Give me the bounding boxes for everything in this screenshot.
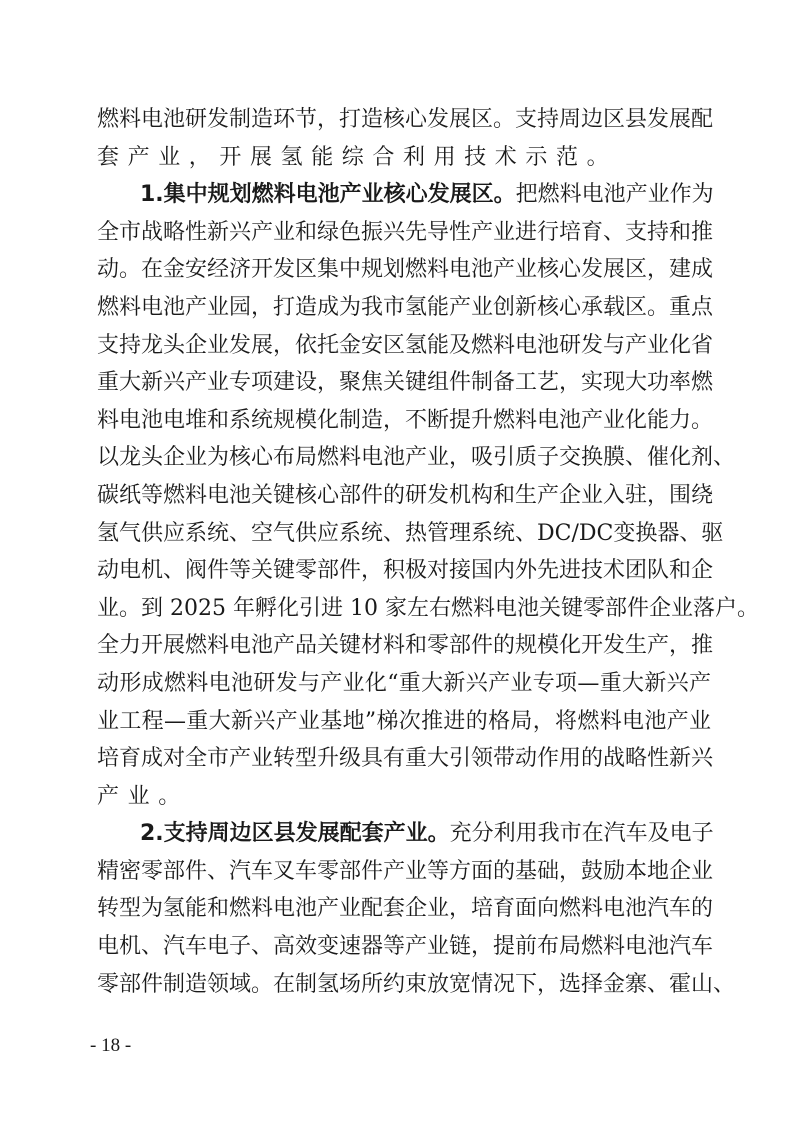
section-heading-1: 1.集中规划燃料电池产业核心发展区。 xyxy=(140,182,516,207)
line-text: 料电池电堆和系统规模化制造，不断提升燃料电池产业化能力。 xyxy=(97,408,713,433)
document-page: 燃料电池研发制造环节，打造核心发展区。支持周边区县发展配 套产业，开展氢能综合利… xyxy=(97,101,711,1003)
text-line: 动形成燃料电池研发与产业化“重大新兴产业专项—重大新兴产 xyxy=(97,665,711,703)
line-text: 培育成对全市产业转型升级具有重大引领带动作用的战略性新兴 xyxy=(97,746,713,771)
text-line: 支持龙头企业发展，依托金安区氢能及燃料电池研发与产业化省 xyxy=(97,327,711,365)
line-text: 动。在金安经济开发区集中规划燃料电池产业核心发展区，建成 xyxy=(97,257,713,282)
section-heading-line: 2.支持周边区县发展配套产业。充分利用我市在汽车及电子 xyxy=(97,815,711,853)
line-text: 支持龙头企业发展，依托金安区氢能及燃料电池研发与产业化省 xyxy=(97,333,713,358)
line-text: 燃料电池产业园，打造成为我市氢能产业创新核心承载区。重点 xyxy=(97,295,713,320)
line-text: 全力开展燃料电池产品关键材料和零部件的规模化开发生产，推 xyxy=(97,633,713,658)
line-text: 业工程—重大新兴产业基地”梯次推进的格局，将燃料电池产业 xyxy=(97,709,711,734)
line-text: 套产业，开展氢能综合利用技术示范。 xyxy=(97,145,617,170)
line-text: 转型为氢能和燃料电池产业配套企业，培育面向燃料电池汽车的 xyxy=(97,896,713,921)
line-text: 燃料电池研发制造环节，打造核心发展区。支持周边区县发展配 xyxy=(97,107,713,132)
line-text: 以龙头企业为核心布局燃料电池产业，吸引质子交换膜、催化剂、 xyxy=(97,445,735,470)
text-line: 氢气供应系统、空气供应系统、热管理系统、DC/DC变换器、驱 xyxy=(97,515,711,553)
line-text: 动形成燃料电池研发与产业化“重大新兴产业专项—重大新兴产 xyxy=(97,671,711,696)
text-line: 转型为氢能和燃料电池产业配套企业，培育面向燃料电池汽车的 xyxy=(97,890,711,928)
line-text: 零部件制造领域。在制氢场所约束放宽情况下，选择金寨、霍山、 xyxy=(97,972,735,997)
text-line: 电机、汽车电子、高效变速器等产业链，提前布局燃料电池汽车 xyxy=(97,928,711,966)
text-line: 重大新兴产业专项建设，聚焦关键组件制备工艺，实现大功率燃 xyxy=(97,364,711,402)
text-line: 动。在金安经济开发区集中规划燃料电池产业核心发展区，建成 xyxy=(97,251,711,289)
line-text: 业。到 2025 年孵化引进 10 家左右燃料电池关键零部件企业落户。 xyxy=(97,596,759,621)
text-line: 碳纸等燃料电池关键核心部件的研发机构和生产企业入驻，围绕 xyxy=(97,477,711,515)
text-line: 全力开展燃料电池产品关键材料和零部件的规模化开发生产，推 xyxy=(97,627,711,665)
line-text: 充分利用我市在汽车及电子 xyxy=(450,821,714,846)
line-text: 产业。 xyxy=(97,784,189,809)
text-line: 培育成对全市产业转型升级具有重大引领带动作用的战略性新兴 xyxy=(97,740,711,778)
text-line: 零部件制造领域。在制氢场所约束放宽情况下，选择金寨、霍山、 xyxy=(97,966,711,1004)
section-heading-2: 2.支持周边区县发展配套产业。 xyxy=(140,821,450,846)
line-text: 氢气供应系统、空气供应系统、热管理系统、DC/DC变换器、驱 xyxy=(97,521,723,546)
text-line: 业。到 2025 年孵化引进 10 家左右燃料电池关键零部件企业落户。 xyxy=(97,590,711,628)
text-line: 业工程—重大新兴产业基地”梯次推进的格局，将燃料电池产业 xyxy=(97,703,711,741)
page-number: - 18 - xyxy=(90,1035,131,1057)
line-text: 重大新兴产业专项建设，聚焦关键组件制备工艺，实现大功率燃 xyxy=(97,370,713,395)
line-text: 电机、汽车电子、高效变速器等产业链，提前布局燃料电池汽车 xyxy=(97,934,713,959)
text-line: 全市战略性新兴产业和绿色振兴先导性产业进行培育、支持和推 xyxy=(97,214,711,252)
text-line: 精密零部件、汽车叉车零部件产业等方面的基础，鼓励本地企业 xyxy=(97,853,711,891)
text-line: 燃料电池产业园，打造成为我市氢能产业创新核心承载区。重点 xyxy=(97,289,711,327)
text-line: 套产业，开展氢能综合利用技术示范。 xyxy=(97,139,711,177)
text-line: 燃料电池研发制造环节，打造核心发展区。支持周边区县发展配 xyxy=(97,101,711,139)
text-line: 产业。 xyxy=(97,778,711,816)
text-line: 以龙头企业为核心布局燃料电池产业，吸引质子交换膜、催化剂、 xyxy=(97,439,711,477)
line-text: 精密零部件、汽车叉车零部件产业等方面的基础，鼓励本地企业 xyxy=(97,859,713,884)
text-line: 动电机、阀件等关键零部件，积极对接国内外先进技术团队和企 xyxy=(97,552,711,590)
line-text: 把燃料电池产业作为 xyxy=(516,182,714,207)
text-line: 料电池电堆和系统规模化制造，不断提升燃料电池产业化能力。 xyxy=(97,402,711,440)
line-text: 全市战略性新兴产业和绿色振兴先导性产业进行培育、支持和推 xyxy=(97,220,713,245)
line-text: 动电机、阀件等关键零部件，积极对接国内外先进技术团队和企 xyxy=(97,558,713,583)
line-text: 碳纸等燃料电池关键核心部件的研发机构和生产企业入驻，围绕 xyxy=(97,483,713,508)
section-heading-line: 1.集中规划燃料电池产业核心发展区。把燃料电池产业作为 xyxy=(97,176,711,214)
